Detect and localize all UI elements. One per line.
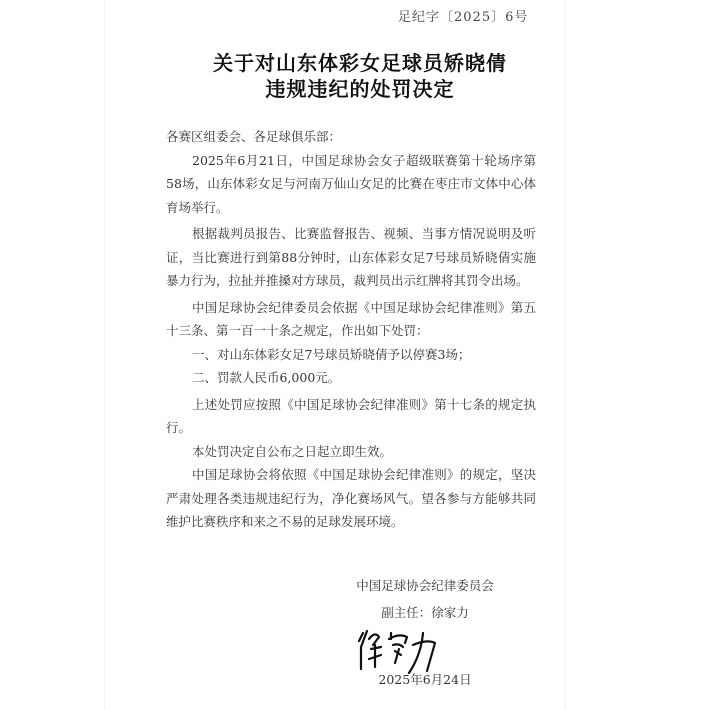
signature-title: 副主任：徐家力 <box>300 603 550 621</box>
paragraph-findings: 根据裁判员报告、比赛监督报告、视频、当事方情况说明及听证，当比赛进行到第88分钟… <box>166 222 536 293</box>
signature-organization: 中国足球协会纪律委员会 <box>300 576 550 594</box>
paragraph-effective: 本处罚决定自公布之日起立即生效。 <box>166 440 536 464</box>
document-body: 各赛区组委会、各足球俱乐部： 2025年6月21日，中国足球协会女子超级联赛第十… <box>166 125 536 534</box>
paragraph-execution: 上述处罚应按照《中国足球协会纪律准则》第十七条的规定执行。 <box>166 393 536 440</box>
document-number: 足纪字〔2025〕6号 <box>398 6 528 25</box>
penalty-item-2: 二、罚款人民币6,000元。 <box>166 366 536 390</box>
salutation: 各赛区组委会、各足球俱乐部： <box>166 125 536 149</box>
document-title-line-2: 违规违纪的处罚决定 <box>0 73 720 102</box>
paragraph-incident: 2025年6月21日，中国足球协会女子超级联赛第十轮场序第58场，山东体彩女足与… <box>166 149 536 220</box>
paragraph-closing: 中国足球协会将依照《中国足球协会纪律准则》的规定，坚决严肃处理各类违规违纪行为，… <box>166 463 536 534</box>
penalty-item-1: 一、对山东体彩女足7号球员矫晓倩予以停赛3场； <box>166 343 536 367</box>
handwritten-signature <box>355 625 445 675</box>
document-title-line-1: 关于对山东体彩女足球员矫晓倩 <box>0 47 720 76</box>
paragraph-basis: 中国足球协会纪律委员会依据《中国足球协会纪律准则》第五十三条、第一百一十条之规定… <box>166 296 536 343</box>
signature-date: 2025年6月24日 <box>300 670 550 688</box>
